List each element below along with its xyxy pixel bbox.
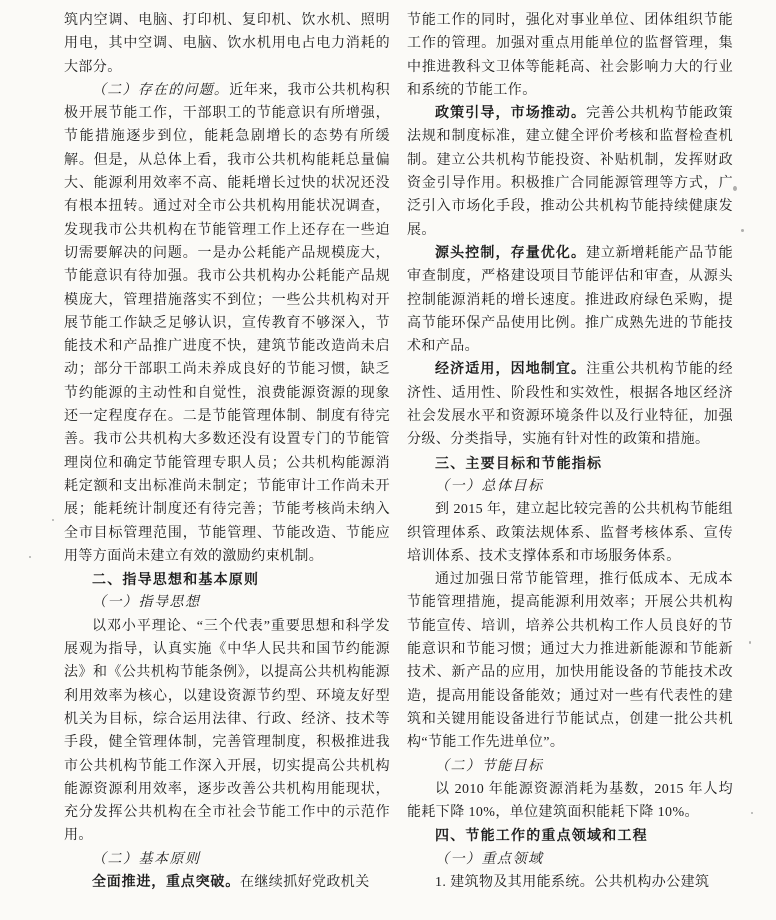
paragraph: （二）存在的问题。近年来，我市公共机构积极开展节能工作，干部职工的节能意识有所增… bbox=[64, 79, 390, 568]
document-page: 筑内空调、电脑、打印机、复印机、饮水机、照明用电，其中空调、电脑、饮水机用电占电… bbox=[0, 0, 776, 920]
scan-speck bbox=[751, 812, 753, 814]
scan-speck bbox=[29, 556, 31, 558]
paragraph: 以 2010 年能源资源消耗为基数，2015 年人均能耗下降 10%，单位建筑面… bbox=[407, 778, 733, 825]
sub-heading: （一）指导思想 bbox=[64, 591, 390, 614]
right-column: 节能工作的同时，强化对事业单位、团体组织节能工作的管理。加强对重点用能单位的监督… bbox=[407, 9, 733, 920]
paragraph: 筑内空调、电脑、打印机、复印机、饮水机、照明用电，其中空调、电脑、饮水机用电占电… bbox=[64, 9, 390, 79]
paragraph: 通过加强日常节能管理，推行低成本、无成本节能管理措施，提高能源利用效率；开展公共… bbox=[407, 568, 733, 754]
sub-heading: （二）节能目标 bbox=[407, 755, 733, 778]
paragraph: 1. 建筑物及其用能系统。公共机构办公建筑 bbox=[407, 871, 733, 894]
paragraph: 到 2015 年，建立起比较完善的公共机构节能组织管理体系、政策法规体系、监督考… bbox=[407, 498, 733, 568]
section-heading: 四、节能工作的重点领域和工程 bbox=[407, 824, 733, 847]
scan-speck bbox=[741, 229, 744, 232]
paragraph: 全面推进，重点突破。在继续抓好党政机关 bbox=[64, 871, 390, 894]
paragraph-lead: （二）存在的问题。 bbox=[92, 83, 229, 98]
sub-heading: （一）重点领域 bbox=[407, 848, 733, 871]
section-heading: 三、主要目标和节能指标 bbox=[407, 452, 733, 475]
scan-speck bbox=[749, 641, 751, 644]
paragraph-lead: 全面推进，重点突破。 bbox=[92, 875, 240, 890]
paragraph: 经济适用，因地制宜。注重公共机构节能的经济性、适用性、阶段性和实效性，根据各地区… bbox=[407, 358, 733, 451]
paragraph-lead: 政策引导，市场推动。 bbox=[435, 106, 586, 121]
left-column: 筑内空调、电脑、打印机、复印机、饮水机、照明用电，其中空调、电脑、饮水机用电占电… bbox=[64, 9, 390, 920]
scan-speck bbox=[733, 186, 737, 191]
scan-speck bbox=[52, 519, 54, 521]
paragraph: 源头控制，存量优化。建立新增耗能产品节能审查制度，严格建设项目节能评估和审查，从… bbox=[407, 242, 733, 358]
paragraph: 政策引导，市场推动。完善公共机构节能政策法规和制度标准，建立健全评价考核和监督检… bbox=[407, 102, 733, 242]
paragraph: 节能工作的同时，强化对事业单位、团体组织节能工作的管理。加强对重点用能单位的监督… bbox=[407, 9, 733, 102]
sub-heading: （二）基本原则 bbox=[64, 848, 390, 871]
section-heading: 二、指导思想和基本原则 bbox=[64, 568, 390, 591]
paragraph: 以邓小平理论、“三个代表”重要思想和科学发展观为指导，认真实施《中华人民共和国节… bbox=[64, 615, 390, 848]
paragraph-lead: 经济适用，因地制宜。 bbox=[435, 362, 586, 377]
sub-heading: （一）总体目标 bbox=[407, 475, 733, 498]
paragraph-lead: 源头控制，存量优化。 bbox=[435, 246, 586, 261]
